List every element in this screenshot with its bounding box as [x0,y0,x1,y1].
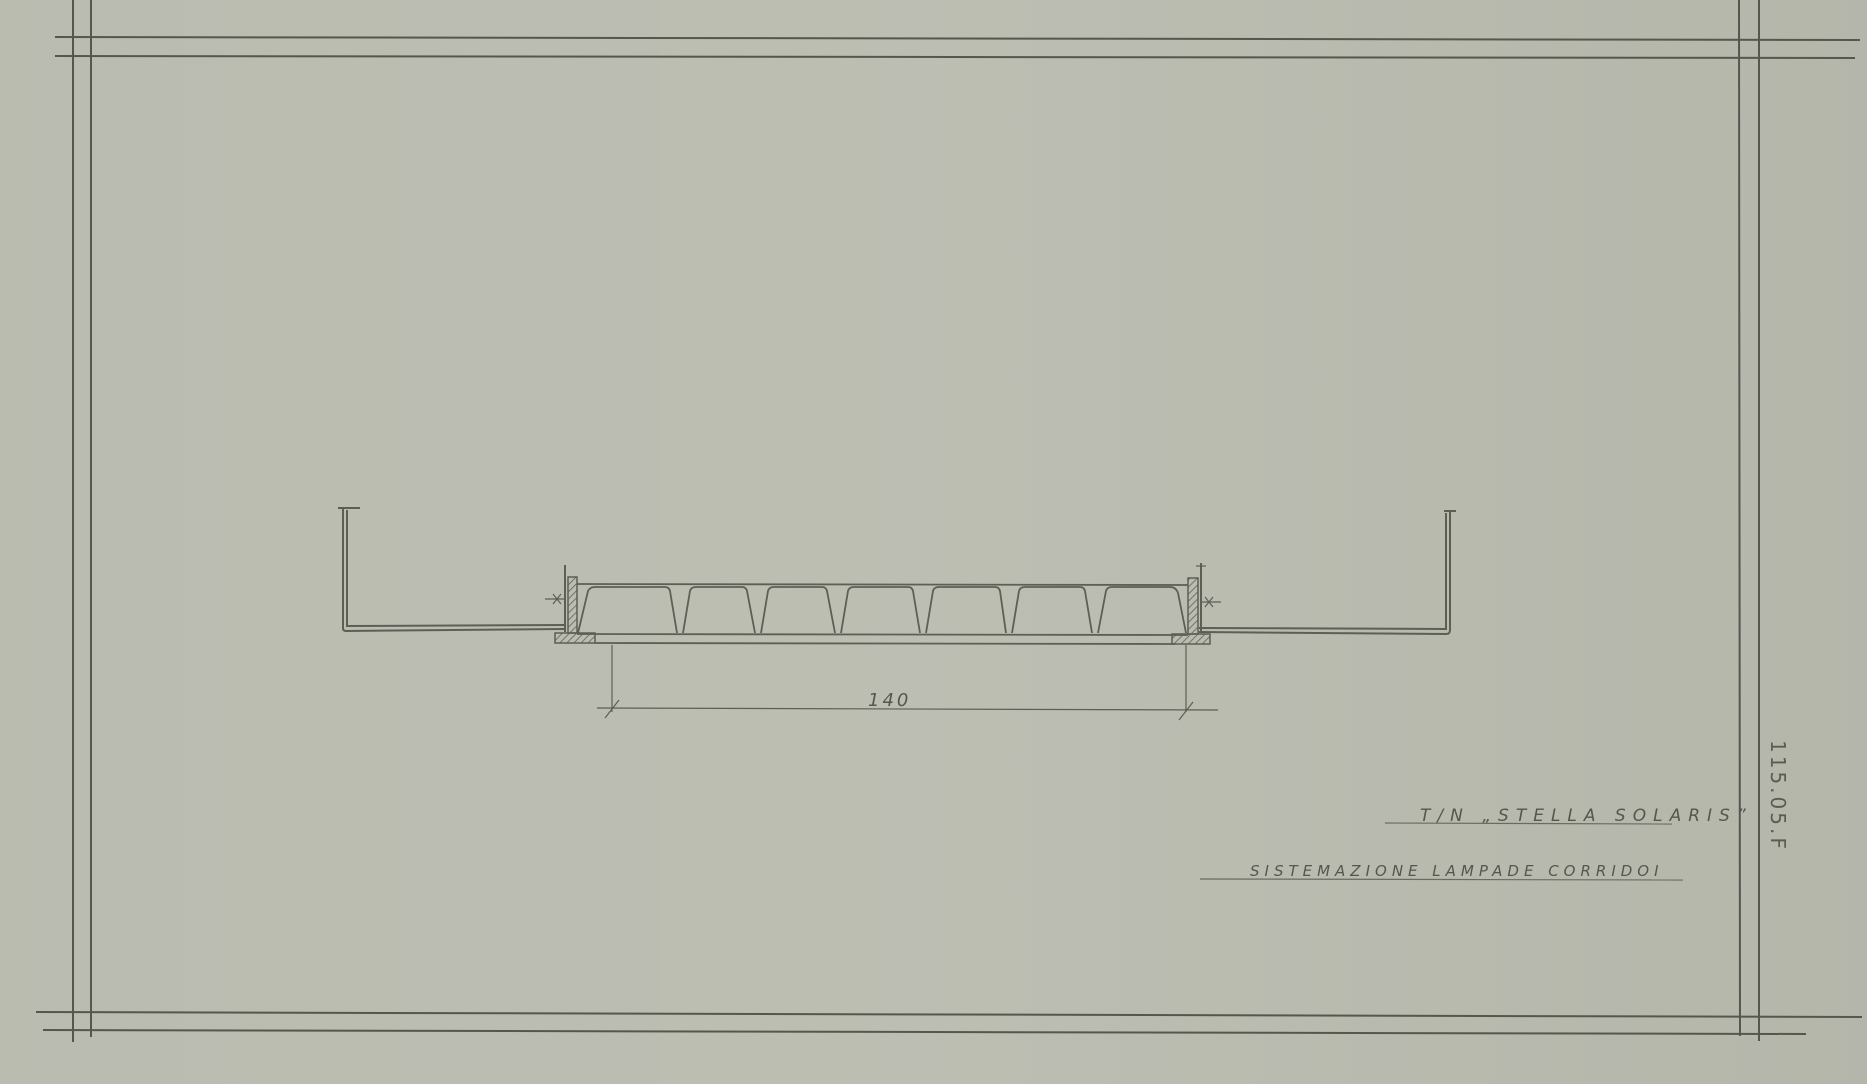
left-ceiling-panel [338,508,565,632]
lamp-fixture [577,584,1188,644]
drawing-sheet: 140 T/N „STELLA SOLARIS” SISTEMAZIONE LA… [0,0,1867,1084]
sheet-number: 115.05.F [1766,740,1790,852]
right-ceiling-panel [1199,511,1456,634]
left-bracket [545,565,595,643]
dimension-label: 140 [868,690,911,711]
technical-drawing [0,0,1867,1084]
drawing-description: SISTEMAZIONE LAMPADE CORRIDOI [1250,862,1664,880]
ship-title: T/N „STELLA SOLARIS” [1420,806,1753,826]
border-frame [36,0,1862,1042]
